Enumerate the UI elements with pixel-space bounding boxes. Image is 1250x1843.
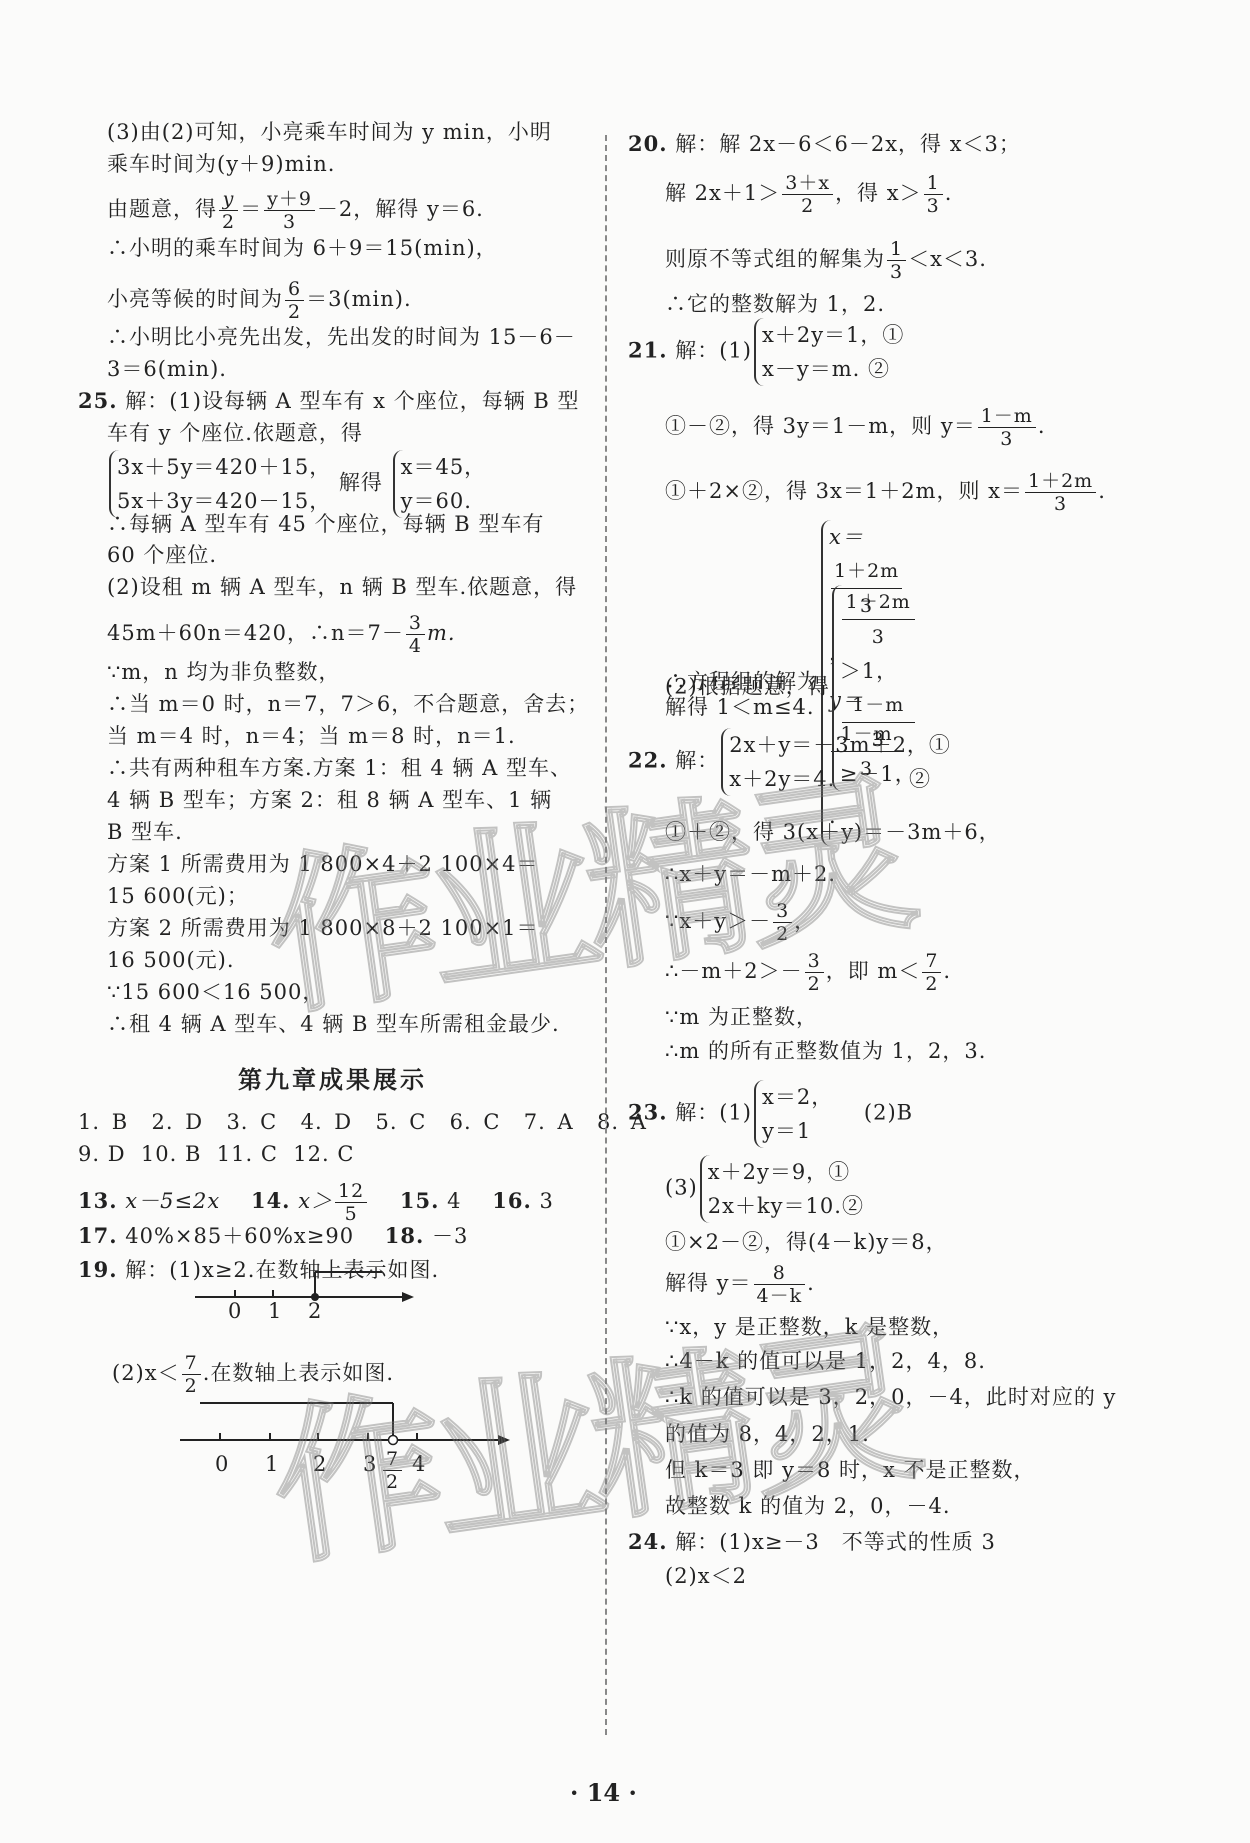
q25-line: B 型车.	[107, 818, 183, 846]
q25-line: 15 600(元)；	[107, 882, 249, 910]
q21-line1: 21. 解：(1)x＋2y＝1，①x－y＝m. ②	[628, 318, 904, 386]
equation-system: x＋2y＝1，①x－y＝m. ②	[754, 318, 904, 386]
q25-line: ∴每辆 A 型车有 45 个座位，每辆 B 型车有	[107, 510, 544, 538]
q25-n-formula: 45m＋60n＝420，∴n＝7－34m.	[107, 612, 456, 657]
axis1-label-2: 2	[308, 1297, 322, 1325]
equation-system: x＋2y＝9，①2x＋ky＝10.②	[700, 1155, 864, 1223]
fraction: 1＋2m3	[1025, 470, 1096, 515]
q25-line: 60 个座位.	[107, 541, 217, 569]
q23-line3: ①×2－②，得(4－k)y＝8，	[665, 1228, 948, 1256]
page-number: · 14 ·	[570, 1778, 637, 1807]
q25-line: 16 500(元).	[107, 946, 235, 974]
q22-line7: ∴m 的所有正整数值为 1，2，3.	[665, 1037, 986, 1065]
q25-line2: 车有 y 个座位.依题意，得	[107, 419, 363, 447]
fraction: 13	[924, 172, 943, 217]
q24-line2: (2)x＜2	[665, 1562, 747, 1590]
q24-equation-line: 由题意，得y2＝y＋93－2，解得 y＝6.	[107, 188, 484, 233]
axis2-label-0: 0	[215, 1450, 229, 1478]
axis1-label-1: 1	[268, 1297, 282, 1325]
q23-part3: (3)x＋2y＝9，①2x＋ky＝10.②	[665, 1155, 864, 1223]
q25-line: ∴当 m＝0 时，n＝7，7＞6，不合题意，舍去；	[107, 690, 589, 718]
q24-part3-line1: (3)由(2)可知，小亮乘车时间为 y min，小明	[107, 118, 552, 146]
q21-line3: ①＋2×②，得 3x＝1＋2m，则 x＝1＋2m3.	[665, 470, 1106, 515]
fraction: 3＋x2	[782, 172, 833, 217]
equation-system: 3x＋5y＝420＋15，5x＋3y＝420－15，	[109, 450, 331, 518]
fraction: y＋93	[264, 188, 315, 233]
q21-line2: ①－②，得 3y＝1－m，则 y＝1－m3.	[665, 405, 1046, 450]
number-line-1	[190, 1270, 420, 1340]
q20-line2: 解 2x＋1＞3＋x2，得 x＞13.	[665, 172, 952, 217]
fraction: 72	[182, 1352, 201, 1397]
fraction: 125	[335, 1180, 367, 1225]
q24-part3-line6: ∴小明比小亮先出发，先出发的时间为 15－6－	[107, 323, 576, 351]
q25-line: ∵m，n 均为非负整数，	[107, 658, 340, 686]
q21-result: 解得 1＜m≤4.	[665, 693, 815, 721]
q24-part3-line7: 3＝6(min).	[107, 355, 227, 383]
fraction: 34	[406, 612, 425, 657]
answers-row-3: 13. x－5≤2x 14. x＞125 15. 4 16. 3	[78, 1180, 554, 1225]
fraction: y2	[219, 188, 238, 233]
q20-line3: 则原不等式组的解集为13＜x＜3.	[665, 238, 987, 283]
answers-row-4: 17. 40%×85＋60%x≥90 18. －3	[78, 1222, 468, 1250]
q24-part3-line2: 乘车时间为(y＋9)min.	[107, 150, 335, 178]
q24-wait-time-line: 小亮等候的时间为62＝3(min).	[107, 278, 412, 323]
q25-line: (2)设租 m 辆 A 型车，n 辆 B 型车.依题意，得	[107, 573, 577, 601]
axis1-label-0: 0	[228, 1297, 242, 1325]
q25-system-line: 3x＋5y＝420＋15，5x＋3y＝420－15， 解得 x＝45，y＝60.	[107, 450, 486, 518]
q20-line1: 20. 解：解 2x－6＜6－2x，得 x＜3；	[628, 130, 1021, 158]
q25-line: 当 m＝4 时，n＝4；当 m＝8 时，n＝1.	[107, 722, 516, 750]
fraction: 1－m3	[978, 405, 1036, 450]
answers-row-2: 9. D 10. B 11. C 12. C	[78, 1140, 354, 1168]
q25-line1: 25. 解：(1)设每辆 A 型车有 x 个座位，每辆 B 型	[78, 387, 579, 415]
q20-line4: ∴它的整数解为 1，2.	[665, 290, 885, 318]
q23-line1: 23. 解：(1)x＝2，y＝1 (2)B	[628, 1080, 913, 1148]
q22-line6: ∵m 为正整数，	[665, 1003, 818, 1031]
fraction: 62	[285, 278, 304, 323]
section-title: 第九章成果展示	[238, 1060, 427, 1095]
fraction: 13	[887, 238, 906, 283]
solution-system: x＝2，y＝1	[754, 1080, 833, 1148]
fraction: 72	[922, 950, 941, 995]
q24-part3-line4: ∴小明的乘车时间为 6＋9＝15(min)，	[107, 234, 498, 262]
solution-system: x＝45，y＝60.	[393, 450, 487, 518]
answer-key-page: (3)由(2)可知，小亮乘车时间为 y min，小明 乘车时间为(y＋9)min…	[0, 0, 1250, 1843]
answers-row-1: 1. B 2. D 3. C 4. D 5. C 6. C 7. A 8. A	[78, 1108, 647, 1136]
